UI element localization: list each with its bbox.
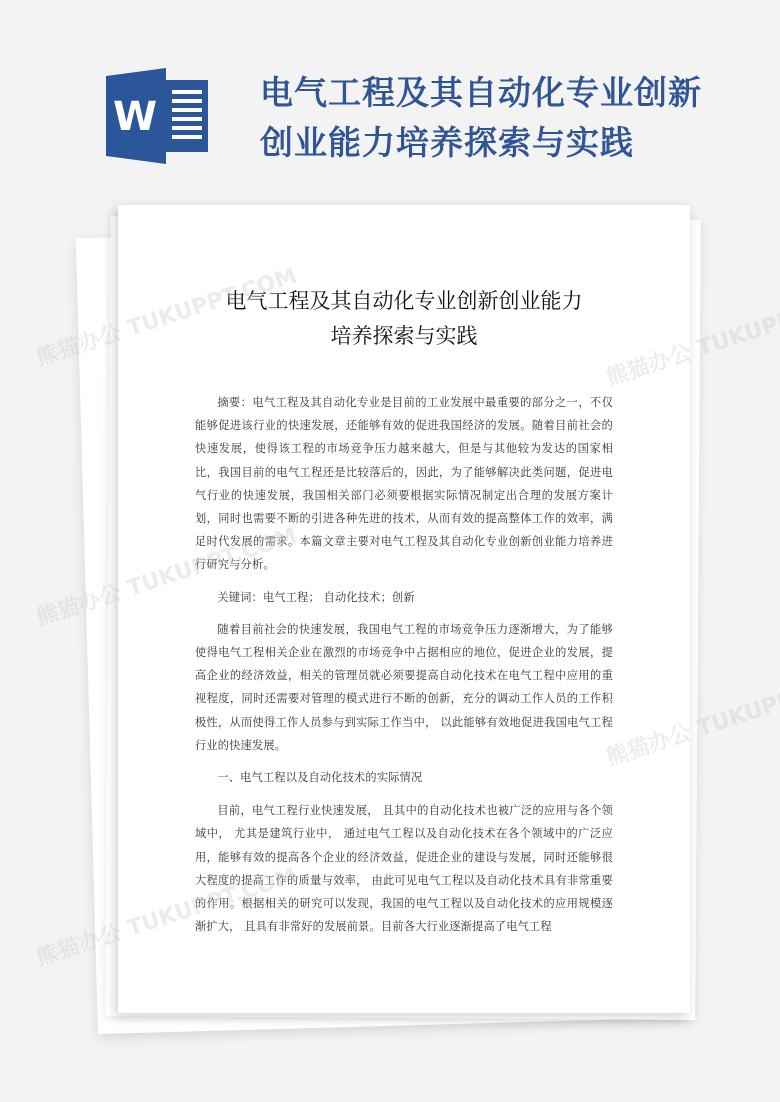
word-document-icon: W	[106, 68, 210, 164]
preview-banner: W 电气工程及其自动化专业创新 创业能力培养探索与实践	[0, 0, 780, 190]
intro-paragraph: 随着目前社会的快速发展，我国电气工程的市场竞争压力逐渐增大，为了能够使得电气工程…	[195, 618, 613, 757]
document-title-line1: 电气工程及其自动化专业创新创业能力	[118, 284, 690, 319]
section-paragraph: 目前，电气工程行业快速发展， 且其中的自动化技术也被广泛的应用与各个领域中， 尤…	[195, 799, 613, 938]
banner-title-line2: 创业能力培养探索与实践	[260, 118, 760, 168]
banner-title-line1: 电气工程及其自动化专业创新	[260, 68, 760, 118]
banner-title: 电气工程及其自动化专业创新 创业能力培养探索与实践	[260, 68, 760, 168]
section-heading: 一、电气工程以及自动化技术的实际情况	[195, 766, 613, 789]
document-title: 电气工程及其自动化专业创新创业能力 培养探索与实践	[118, 284, 690, 354]
document-body: 摘要：电气工程及其自动化专业是目前的工业发展中最重要的部分之一，不仅能够促进该行…	[195, 391, 613, 938]
svg-text:W: W	[113, 94, 157, 140]
document-page: 电气工程及其自动化专业创新创业能力 培养探索与实践 摘要：电气工程及其自动化专业…	[118, 205, 690, 1013]
keywords-paragraph: 关键词：电气工程； 自动化技术；创新	[195, 586, 613, 609]
abstract-paragraph: 摘要：电气工程及其自动化专业是目前的工业发展中最重要的部分之一，不仅能够促进该行…	[195, 391, 613, 577]
document-title-line2: 培养探索与实践	[118, 319, 690, 354]
